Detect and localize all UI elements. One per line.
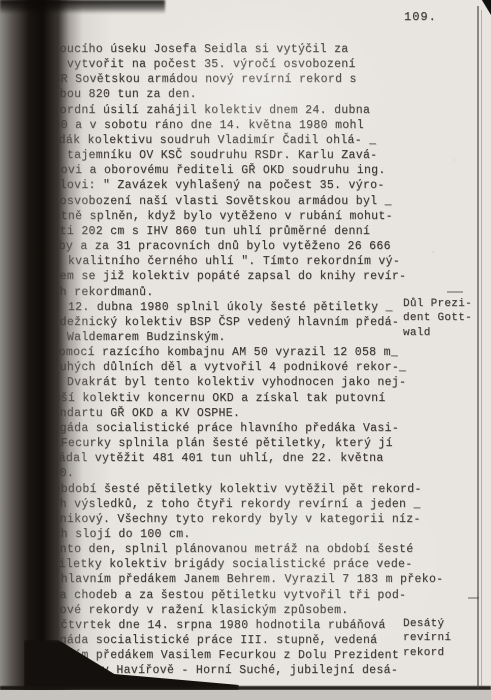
margin-note-line: Důl Prezi-: [403, 297, 488, 311]
book-gutter-shadow: [0, 0, 112, 700]
margin-note-line: revírní: [403, 631, 488, 645]
pencil-mark: [447, 291, 463, 293]
scanned-page: 109. vedoucího úseku Josefa Seidla si vy…: [0, 0, 491, 700]
scanner-background: [0, 690, 491, 700]
margin-note-desaty-revirni-rekord: Desátýrevírnírekord: [403, 617, 488, 660]
margin-note-dul-prezident-gottwald: Důl Prezi-dent Gott-wald: [403, 297, 488, 340]
corner-shadow: [478, 0, 491, 15]
margin-note-line: wald: [403, 326, 488, 340]
page-right-edge: [477, 6, 479, 688]
page-right-edge-inner: [481, 10, 482, 686]
margin-note-line: Desátý: [403, 617, 488, 631]
page-number: 109.: [404, 10, 437, 24]
margin-note-line: dent Gott-: [403, 311, 488, 325]
margin-note-line: rekord: [403, 646, 488, 660]
top-edge-shadow: [0, 0, 165, 14]
